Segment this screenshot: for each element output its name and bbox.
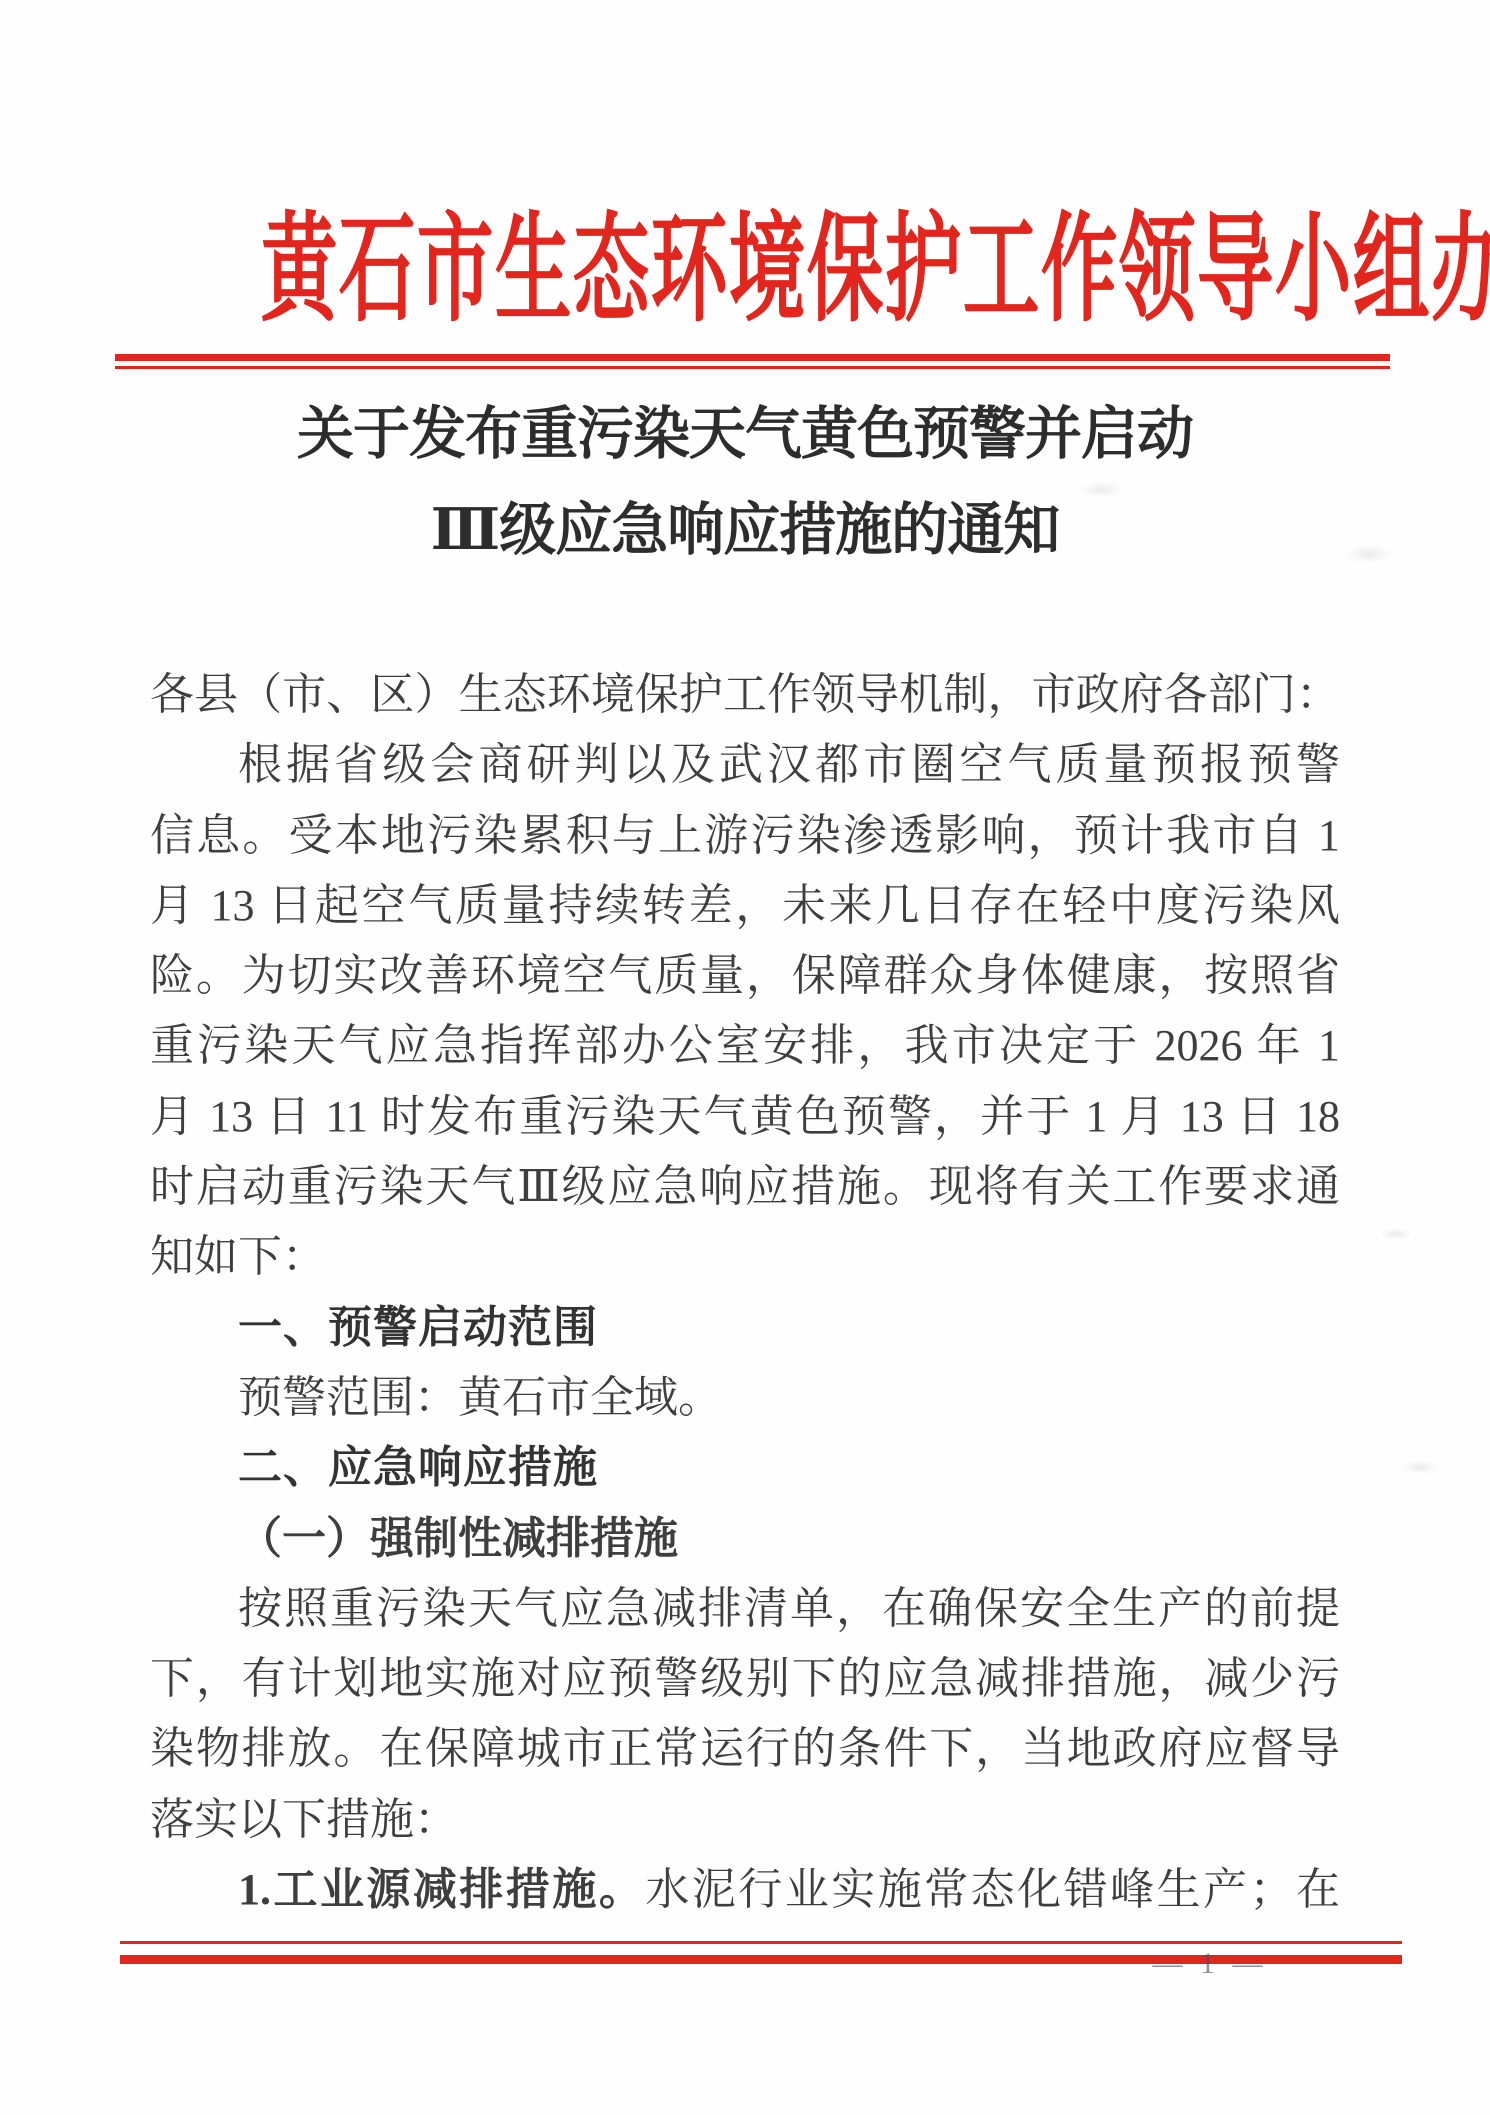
section-heading-1: 一、预警启动范围 bbox=[150, 1293, 1340, 1363]
scan-smudge bbox=[1380, 1228, 1412, 1240]
document-page: 黄石市生态环境保护工作领导小组办公室 关于发布重污染天气黄色预警并启动 Ⅲ级应急… bbox=[0, 0, 1490, 2115]
title-line-1: 关于发布重污染天气黄色预警并启动 bbox=[0, 387, 1490, 483]
measure-1-bold-label: 1.工业源减排措施。 bbox=[238, 1865, 645, 1914]
header-rule-thick bbox=[115, 354, 1390, 361]
body-line: 下，有计划地实施对应预警级别下的应急减排措施，减少污 bbox=[150, 1644, 1340, 1714]
title-line-2: Ⅲ级应急响应措施的通知 bbox=[0, 483, 1490, 579]
header-rule-thin bbox=[115, 366, 1390, 369]
footer-rule-thin bbox=[120, 1941, 1402, 1944]
body-line: 知如下： bbox=[150, 1222, 1340, 1292]
subsection-heading-1: （一）强制性减排措施 bbox=[150, 1504, 1340, 1574]
scan-smudge bbox=[1402, 1460, 1438, 1474]
body-line: 预警范围：黄石市全域。 bbox=[150, 1363, 1340, 1433]
body-line-measure-1: 1.工业源减排措施。水泥行业实施常态化错峰生产；在 bbox=[150, 1855, 1340, 1925]
body-line: 根据省级会商研判以及武汉都市圈空气质量预报预警 bbox=[150, 730, 1340, 800]
salutation-line: 各县（市、区）生态环境保护工作领导机制，市政府各部门： bbox=[150, 660, 1340, 730]
scan-smudge bbox=[1080, 482, 1124, 498]
body-line: 落实以下措施： bbox=[150, 1785, 1340, 1855]
body-line: 按照重污染天气应急减排清单，在确保安全生产的前提 bbox=[150, 1574, 1340, 1644]
document-body: 各县（市、区）生态环境保护工作领导机制，市政府各部门： 根据省级会商研判以及武汉… bbox=[150, 660, 1340, 1925]
body-line: 信息。受本地污染累积与上游污染渗透影响，预计我市自 1 bbox=[150, 801, 1340, 871]
letterhead-org-name: 黄石市生态环境保护工作领导小组办公室 bbox=[261, 212, 1230, 330]
page-number: — 1 — bbox=[1120, 1948, 1300, 1980]
body-line: 险。为切实改善环境空气质量，保障群众身体健康，按照省 bbox=[150, 941, 1340, 1011]
body-line: 月 13 日 11 时发布重污染天气黄色预警，并于 1 月 13 日 18 bbox=[150, 1082, 1340, 1152]
section-heading-2: 二、应急响应措施 bbox=[150, 1433, 1340, 1503]
body-line: 月 13 日起空气质量持续转差，未来几日存在轻中度污染风 bbox=[150, 871, 1340, 941]
scan-smudge bbox=[1345, 545, 1393, 563]
body-line: 染物排放。在保障城市正常运行的条件下，当地政府应督导 bbox=[150, 1714, 1340, 1784]
body-line: 重污染天气应急指挥部办公室安排，我市决定于 2026 年 1 bbox=[150, 1011, 1340, 1081]
measure-1-text: 水泥行业实施常态化错峰生产；在 bbox=[645, 1865, 1340, 1914]
body-line: 时启动重污染天气Ⅲ级应急响应措施。现将有关工作要求通 bbox=[150, 1152, 1340, 1222]
document-title: 关于发布重污染天气黄色预警并启动 Ⅲ级应急响应措施的通知 bbox=[0, 387, 1490, 579]
